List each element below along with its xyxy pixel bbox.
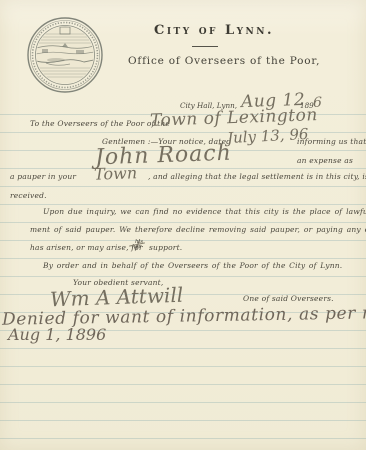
by-order-line: By order and in behalf of the Overseers … xyxy=(43,261,342,270)
body-line-2: ment of said pauper. We therefore declin… xyxy=(30,225,366,234)
settlement-handwritten-place: Town xyxy=(94,163,138,183)
body-line-1: Upon due inquiry, we can find no evidenc… xyxy=(43,207,366,216)
letterhead-title: City of Lynn. xyxy=(128,23,300,38)
document-page: City of Lynn. Office of Overseers of the… xyxy=(0,0,366,450)
settlement-printed-tail: , and alleging that the legal settlement… xyxy=(148,172,366,181)
letterhead-subtitle: Office of Overseers of the Poor, xyxy=(128,55,308,67)
title-divider xyxy=(192,46,218,47)
pauper-printed-tail: an expense as xyxy=(297,156,353,165)
city-seal-icon xyxy=(26,16,104,94)
settlement-printed-lead: a pauper in your xyxy=(10,172,76,181)
address-printed: To the Overseers of the Poor of the xyxy=(30,119,170,128)
body-line-3-lead: has arisen, or may arise, for xyxy=(30,243,143,252)
annotation-line-2: Aug 1, 1896 xyxy=(8,325,106,344)
pronoun-choice: his her xyxy=(131,240,145,251)
notice-printed-tail: informing us that xyxy=(297,137,366,146)
body-line-3-tail: support. xyxy=(149,243,182,252)
received-line: received. xyxy=(10,191,47,200)
signature-title: One of said Overseers. xyxy=(243,294,334,303)
